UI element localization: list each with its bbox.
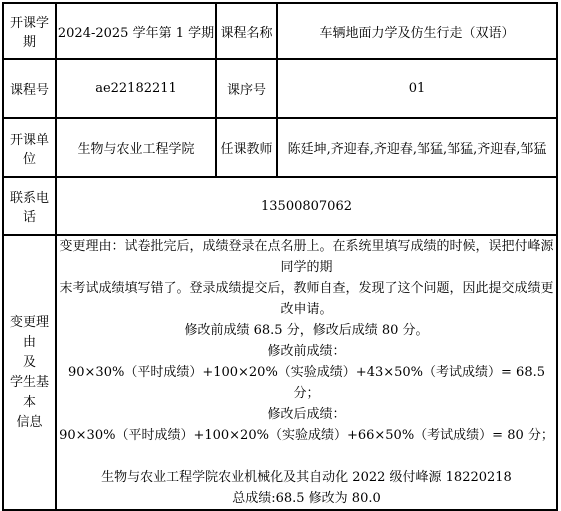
department-value: 生物与农业工程学院: [56, 118, 216, 177]
phone-value: 13500807062: [56, 177, 557, 235]
semester-label: 开课学期: [3, 3, 56, 59]
course-sequence-label: 课序号: [216, 59, 277, 118]
course-name-value: 车辆地面力学及仿生行走（双语）: [277, 3, 557, 59]
course-number-label: 课程号: [3, 59, 56, 118]
department-label: 开课单位: [3, 118, 56, 177]
semester-value: 2024-2025 学年第 1 学期: [56, 3, 216, 59]
course-grade-change-table: 开课学期 2024-2025 学年第 1 学期 课程名称 车辆地面力学及仿生行走…: [2, 2, 558, 511]
teachers-value: 陈廷坤,齐迎春,齐迎春,邹猛,邹猛,齐迎春,邹猛: [277, 118, 557, 177]
table-row: 变更理由 及 学生基本 信息 变更理由：试卷批完后，成绩登录在点名册上。在系统里…: [3, 235, 557, 510]
grade-change-form-page: 开课学期 2024-2025 学年第 1 学期 课程名称 车辆地面力学及仿生行走…: [0, 0, 561, 451]
course-sequence-value: 01: [277, 59, 557, 118]
table-row: 课程号 ae22182211 课序号 01: [3, 59, 557, 118]
phone-label: 联系电话: [3, 177, 56, 235]
change-reason-label: 变更理由 及 学生基本 信息: [3, 235, 56, 510]
table-row: 联系电话 13500807062: [3, 177, 557, 235]
teachers-label: 任课教师: [216, 118, 277, 177]
table-row: 开课学期 2024-2025 学年第 1 学期 课程名称 车辆地面力学及仿生行走…: [3, 3, 557, 59]
course-number-value: ae22182211: [56, 59, 216, 118]
course-name-label: 课程名称: [216, 3, 277, 59]
change-reason-content: 变更理由：试卷批完后，成绩登录在点名册上。在系统里填写成绩的时候，误把付峰源同学…: [56, 235, 557, 510]
table-row: 开课单位 生物与农业工程学院 任课教师 陈廷坤,齐迎春,齐迎春,邹猛,邹猛,齐迎…: [3, 118, 557, 177]
